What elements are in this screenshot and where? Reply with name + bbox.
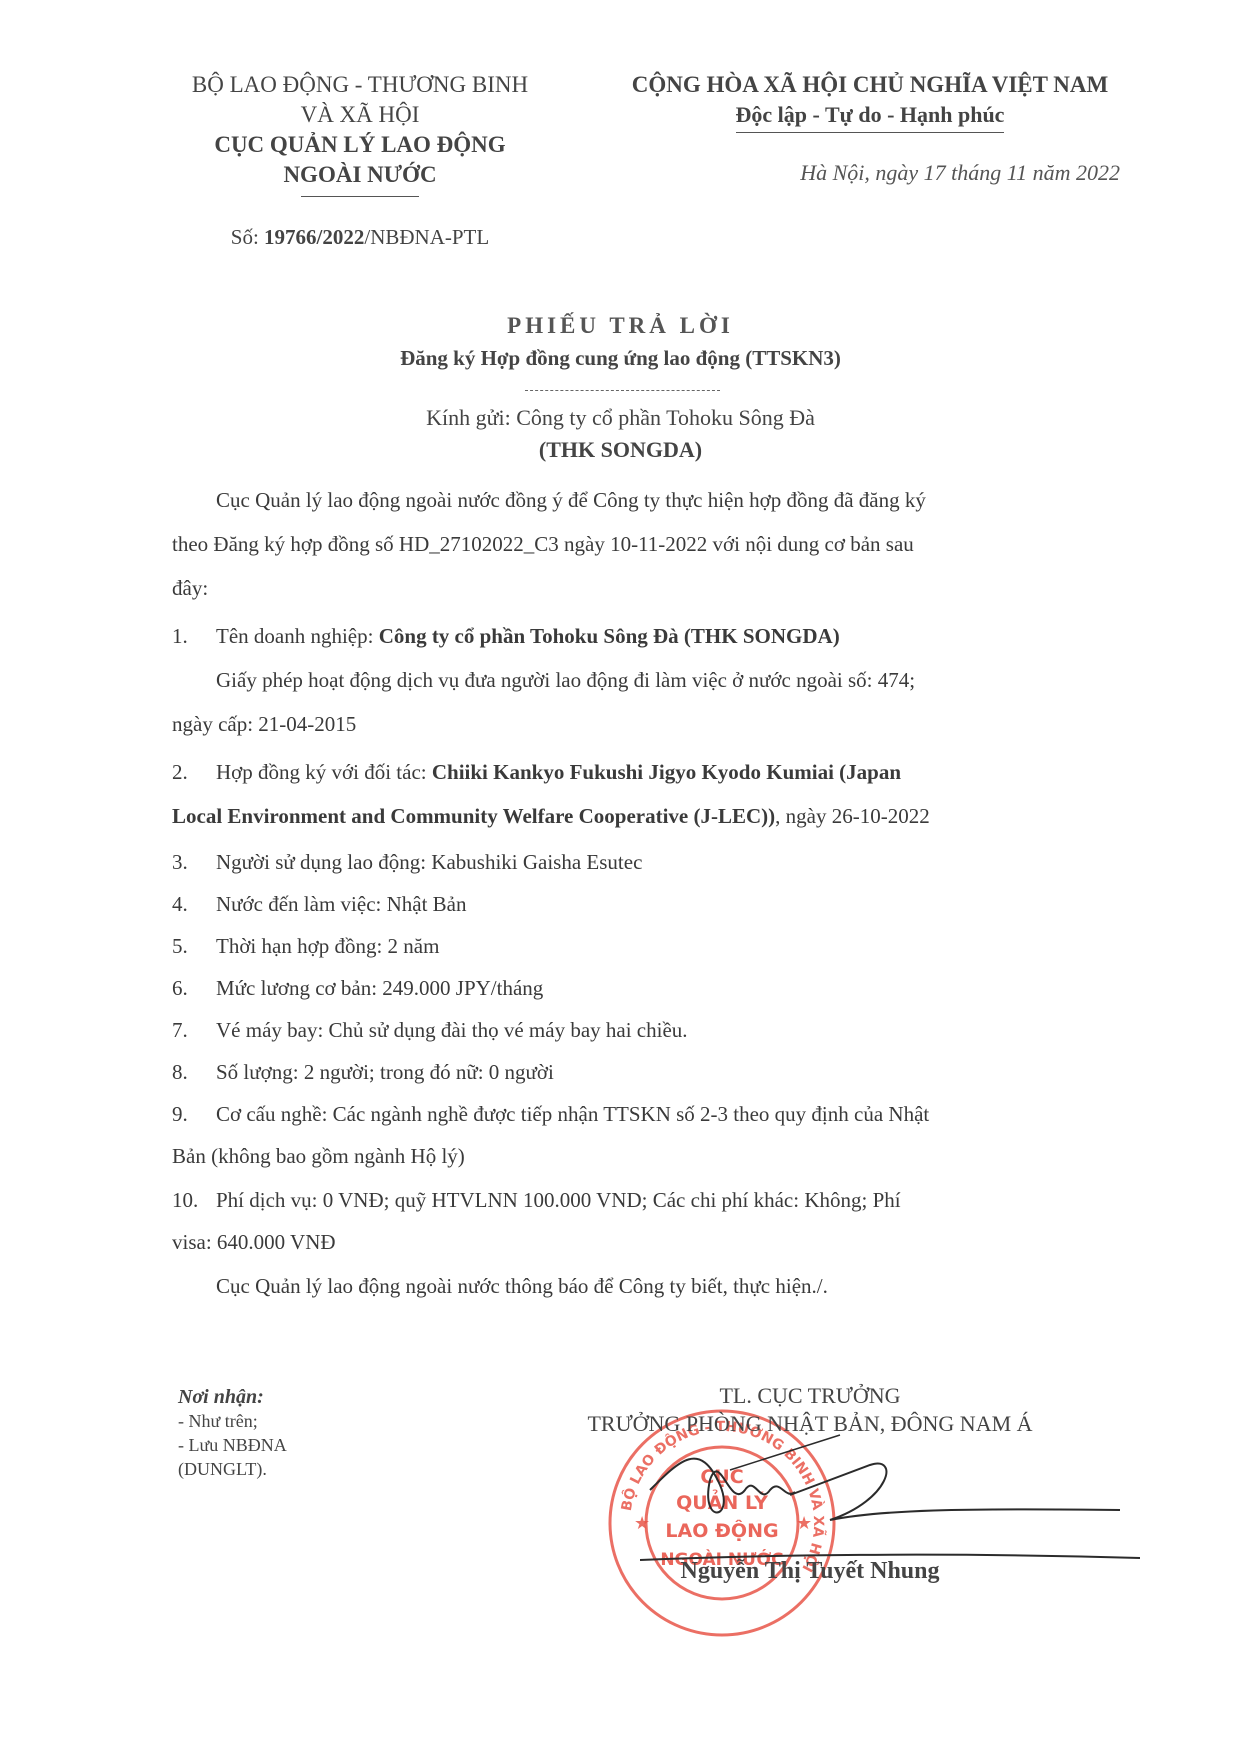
item-6: 6.Mức lương cơ bản: 249.000 JPY/tháng [172,976,543,1001]
item-number: 3. [172,850,216,875]
doc-number-value: 19766/2022 [264,225,364,249]
title-divider [525,390,720,391]
recipients-block: Nơi nhận: - Như trên; - Lưu NBĐNA (DUNGL… [178,1385,287,1481]
greeting-abbreviation: (THK SONGDA) [0,437,1241,463]
intro-line-2: theo Đăng ký hợp đồng số HD_27102022_C3 … [172,532,914,557]
item-number: 6. [172,976,216,1001]
item-number: 4. [172,892,216,917]
national-header-block: CỘNG HÒA XÃ HỘI CHỦ NGHĨA VIỆT NAM Độc l… [600,70,1140,133]
greeting: Kính gửi: Công ty cổ phần Tohoku Sông Đà [0,405,1241,431]
item-2-continued: Local Environment and Community Welfare … [172,804,930,829]
recipient-item: - Lưu NBĐNA [178,1433,287,1457]
item-text: Thời hạn hợp đồng: 2 năm [216,934,439,958]
doc-number-label: Số: [231,225,264,249]
agency-line-1: CỤC QUẢN LÝ LAO ĐỘNG [150,130,570,160]
signer-authority: TL. CỤC TRƯỞNG [520,1382,1100,1410]
recipients-heading: Nơi nhận: [178,1385,287,1409]
item-5: 5.Thời hạn hợp đồng: 2 năm [172,934,439,959]
item-9: 9.Cơ cấu nghề: Các ngành nghề được tiếp … [172,1102,929,1127]
item-number: 10. [172,1188,216,1213]
item-text: Vé máy bay: Chủ sử dụng đài thọ vé máy b… [216,1018,688,1042]
document-subtitle: Đăng ký Hợp đồng cung ứng lao động (TTSK… [0,346,1241,371]
item-number: 7. [172,1018,216,1043]
item-label: Tên doanh nghiệp: [216,624,379,648]
item-number: 5. [172,934,216,959]
company-name: Công ty cổ phần Tohoku Sông Đà (THK SONG… [379,624,840,648]
closing-statement: Cục Quản lý lao động ngoài nước thông bá… [216,1274,828,1299]
national-motto: Độc lập - Tự do - Hạnh phúc [736,100,1005,133]
doc-number-suffix: /NBĐNA-PTL [364,225,489,249]
recipient-item: (DUNGLT). [178,1457,287,1481]
country-name: CỘNG HÒA XÃ HỘI CHỦ NGHĨA VIỆT NAM [600,70,1140,100]
item-number: 9. [172,1102,216,1127]
item-7: 7.Vé máy bay: Chủ sử dụng đài thọ vé máy… [172,1018,688,1043]
license-date: ngày cấp: 21-04-2015 [172,712,356,737]
item-10: 10.Phí dịch vụ: 0 VNĐ; quỹ HTVLNN 100.00… [172,1188,901,1213]
intro-line-1: Cục Quản lý lao động ngoài nước đồng ý đ… [216,488,926,513]
document-number: Số: 19766/2022/NBĐNA-PTL [150,225,570,250]
signer-name: Nguyễn Thị Tuyết Nhung [520,1558,1100,1585]
header-divider [301,196,419,197]
partner-contract-date: , ngày 26-10-2022 [775,804,930,828]
item-text: Người sử dụng lao động: Kabushiki Gaisha… [216,850,642,874]
item-2: 2.Hợp đồng ký với đối tác: Chiiki Kankyo… [172,760,901,785]
item-text: Số lượng: 2 người; trong đó nữ: 0 người [216,1060,554,1084]
item-text: Nước đến làm việc: Nhật Bản [216,892,467,916]
item-label: Hợp đồng ký với đối tác: [216,760,432,784]
place-date: Hà Nội, ngày 17 tháng 11 năm 2022 [600,160,1140,186]
item-3: 3.Người sử dụng lao động: Kabushiki Gais… [172,850,642,875]
item-1: 1.Tên doanh nghiệp: Công ty cổ phần Toho… [172,624,840,649]
license-line: Giấy phép hoạt động dịch vụ đưa người la… [216,668,915,693]
item-text: Phí dịch vụ: 0 VNĐ; quỹ HTVLNN 100.000 V… [216,1188,901,1212]
ministry-line-2: VÀ XÃ HỘI [150,100,570,130]
partner-name-continued: Local Environment and Community Welfare … [172,804,775,828]
partner-name: Chiiki Kankyo Fukushi Jigyo Kyodo Kumiai… [432,760,901,784]
recipient-item: - Như trên; [178,1409,287,1433]
agency-line-2: NGOÀI NƯỚC [150,160,570,190]
intro-line-3: đây: [172,576,208,601]
item-text: Cơ cấu nghề: Các ngành nghề được tiếp nh… [216,1102,929,1126]
item-text: Mức lương cơ bản: 249.000 JPY/tháng [216,976,543,1000]
item-4: 4.Nước đến làm việc: Nhật Bản [172,892,467,917]
item-number: 2. [172,760,216,785]
item-8: 8.Số lượng: 2 người; trong đó nữ: 0 ngườ… [172,1060,554,1085]
item-number: 1. [172,624,216,649]
item-9-continued: Bản (không bao gồm ngành Hộ lý) [172,1144,465,1169]
issuing-agency-block: BỘ LAO ĐỘNG - THƯƠNG BINH VÀ XÃ HỘI CỤC … [150,70,570,197]
ministry-line-1: BỘ LAO ĐỘNG - THƯƠNG BINH [150,70,570,100]
document-title: PHIẾU TRẢ LỜI [0,313,1241,339]
item-number: 8. [172,1060,216,1085]
item-10-continued: visa: 640.000 VNĐ [172,1230,336,1255]
